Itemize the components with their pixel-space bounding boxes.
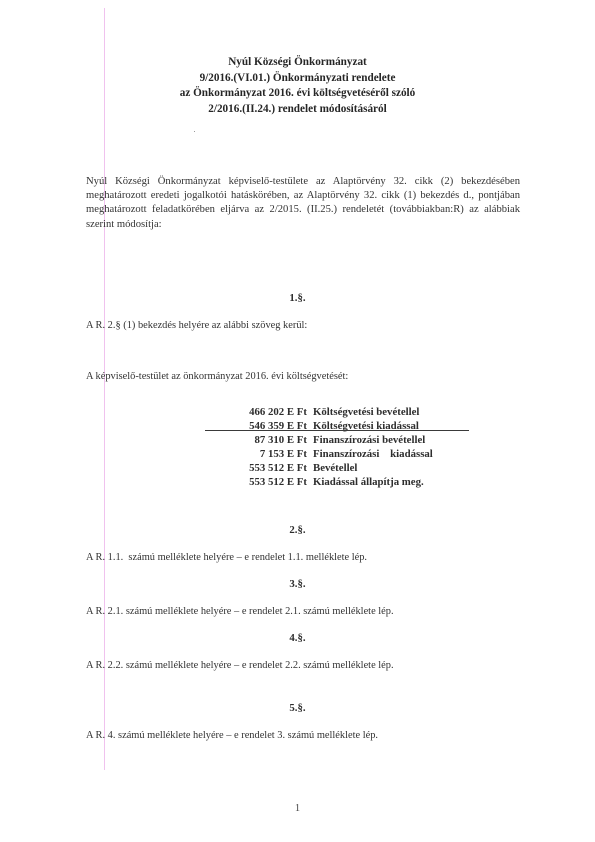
section-1-text: A R. 2.§ (1) bekezdés helyére az alábbi … (86, 320, 307, 331)
budget-label: Költségvetési bevétellel (307, 405, 419, 419)
page-number: 1 (0, 803, 595, 814)
scan-dot (194, 131, 195, 132)
section-1-heading: 1.§. (0, 292, 595, 304)
budget-row: 553 512 E Ft Kiadással állapítja meg. (205, 475, 475, 489)
section-2-text: A R. 1.1. számú melléklete helyére – e r… (86, 552, 367, 563)
budget-amount: 87 310 E Ft (205, 433, 307, 447)
budget-intro: A képviselő-testület az önkormányzat 201… (86, 371, 348, 382)
section-4-text: A R. 2.2. számú melléklete helyére – e r… (86, 660, 394, 671)
budget-amount: 466 202 E Ft (205, 405, 307, 419)
section-5-text: A R. 4. számú melléklete helyére – e ren… (86, 730, 378, 741)
document-page: Nyúl Községi Önkormányzat 9/2016.(VI.01.… (0, 0, 595, 842)
budget-row: 87 310 E Ft Finanszírozási bevétellel (205, 433, 475, 447)
budget-table: 466 202 E Ft Költségvetési bevétellel 54… (205, 405, 475, 490)
budget-label: Finanszírozási kiadással (307, 447, 433, 461)
budget-label: Kiadással állapítja meg. (307, 475, 424, 489)
scan-artifact-line (104, 8, 105, 770)
title-line: az Önkormányzat 2016. évi költségvetésér… (0, 86, 595, 102)
section-3-heading: 3.§. (0, 578, 595, 590)
section-2-heading: 2.§. (0, 524, 595, 536)
section-3-text: A R. 2.1. számú melléklete helyére – e r… (86, 606, 394, 617)
title-line: 2/2016.(II.24.) rendelet módosításáról (0, 102, 595, 118)
section-4-heading: 4.§. (0, 632, 595, 644)
budget-row: 7 153 E Ft Finanszírozási kiadással (205, 447, 475, 461)
document-title: Nyúl Községi Önkormányzat 9/2016.(VI.01.… (0, 55, 595, 117)
budget-row: 553 512 E Ft Bevétellel (205, 461, 475, 475)
budget-amount: 553 512 E Ft (205, 475, 307, 489)
section-5-heading: 5.§. (0, 702, 595, 714)
budget-amount: 553 512 E Ft (205, 461, 307, 475)
title-line: 9/2016.(VI.01.) Önkormányzati rendelete (0, 71, 595, 87)
title-line: Nyúl Községi Önkormányzat (0, 55, 595, 71)
budget-subtotal-rule (205, 430, 469, 431)
budget-row: 466 202 E Ft Költségvetési bevétellel (205, 405, 475, 419)
budget-label: Finanszírozási bevétellel (307, 433, 425, 447)
budget-amount: 7 153 E Ft (205, 447, 307, 461)
budget-label: Bevétellel (307, 461, 357, 475)
intro-paragraph: Nyúl Községi Önkormányzat képviselő-test… (86, 175, 520, 232)
